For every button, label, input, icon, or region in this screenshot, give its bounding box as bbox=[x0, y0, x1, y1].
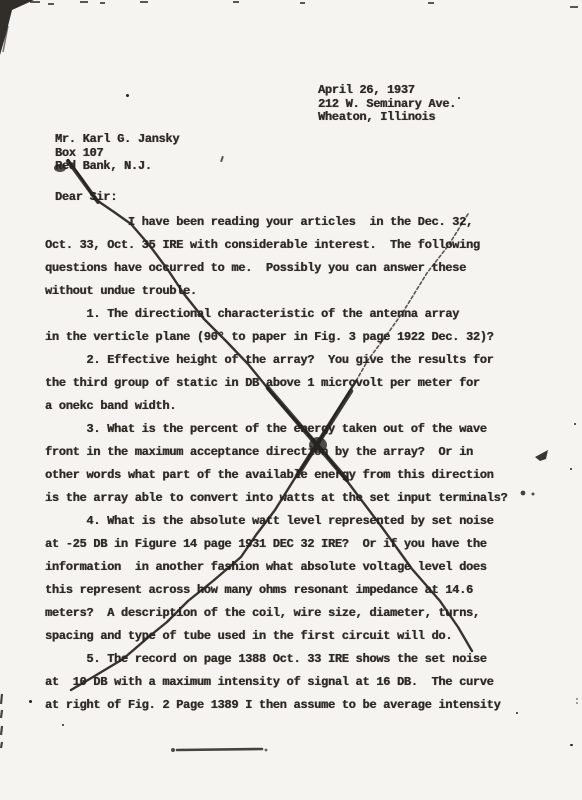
body-line: this represent across how many ohms reso… bbox=[45, 579, 507, 602]
body-line: front in the maximum acceptance directio… bbox=[45, 441, 507, 464]
body-line: at -25 DB in Figure 14 page 1931 DEC 32 … bbox=[45, 533, 507, 556]
scan-speck bbox=[570, 744, 573, 746]
scan-speck bbox=[458, 97, 460, 99]
scan-speck bbox=[574, 423, 576, 425]
body-line: 4. What is the absolute watt level repre… bbox=[45, 510, 507, 533]
scan-speck bbox=[220, 156, 224, 162]
body-line: the third group of static in DB above 1 … bbox=[45, 372, 507, 395]
body-line: a onekc band width. bbox=[45, 395, 507, 418]
salutation: Dear Sir: bbox=[55, 190, 117, 204]
scan-speck bbox=[30, 1, 40, 3]
body-line: information in another fashion what abso… bbox=[45, 556, 507, 579]
scan-speck bbox=[233, 1, 239, 3]
body-line: spacing and type of tube used in the fir… bbox=[45, 625, 507, 648]
date-line: 212 W. Seminary Ave. bbox=[318, 98, 456, 112]
scan-speck bbox=[140, 1, 148, 3]
scan-speck bbox=[48, 3, 54, 5]
pencil-underline-mark bbox=[177, 749, 262, 750]
scan-speck bbox=[516, 712, 518, 714]
scan-corner-artifact bbox=[0, 0, 34, 55]
body-line: is the array able to convert into watts … bbox=[45, 487, 507, 510]
body-line: 2. Effective height of the array? You gi… bbox=[45, 349, 507, 372]
scan-speck bbox=[62, 724, 64, 726]
scan-speck bbox=[428, 2, 434, 4]
pencil-arrow-mark bbox=[535, 450, 548, 461]
scan-speck bbox=[126, 94, 129, 97]
date-line: Wheaton, Illinois bbox=[318, 111, 456, 125]
scan-edge-marks-left bbox=[1, 694, 2, 748]
letter-scan-page: April 26, 1937212 W. Seminary Ave.Wheato… bbox=[0, 0, 582, 800]
body-line: 1. The directional characteristic of the… bbox=[45, 303, 507, 326]
pencil-dot-mark bbox=[265, 749, 268, 752]
letter-body: I have been reading your articles in the… bbox=[45, 211, 507, 717]
scan-speck bbox=[80, 1, 88, 3]
date-address-block: April 26, 1937212 W. Seminary Ave.Wheato… bbox=[318, 84, 456, 125]
body-line: questions have occurred to me. Possibly … bbox=[45, 257, 507, 280]
body-line: meters? A description of the coil, wire … bbox=[45, 602, 507, 625]
recipient-line: Red Bank, N.J. bbox=[55, 160, 179, 174]
scan-speck bbox=[100, 2, 105, 4]
body-line: at right of Fig. 2 Page 1389 I then assu… bbox=[45, 694, 507, 717]
pencil-dot-mark bbox=[532, 493, 535, 496]
date-line: April 26, 1937 bbox=[318, 84, 456, 98]
body-line: at 10 DB with a maximum intensity of sig… bbox=[45, 671, 507, 694]
pencil-dot-mark bbox=[521, 491, 526, 496]
pencil-dot-mark bbox=[171, 748, 175, 752]
recipient-line: Mr. Karl G. Jansky bbox=[55, 133, 179, 147]
body-line: other words what part of the available e… bbox=[45, 464, 507, 487]
scan-speck bbox=[570, 6, 578, 8]
scan-speck bbox=[570, 468, 572, 470]
body-line: Oct. 33, Oct. 35 IRE with considerable i… bbox=[45, 234, 507, 257]
scan-speck bbox=[29, 700, 32, 703]
body-line: in the verticle plane (90° to paper in F… bbox=[45, 326, 507, 349]
body-line: 3. What is the percent of the energy tak… bbox=[45, 418, 507, 441]
body-line: I have been reading your articles in the… bbox=[45, 211, 507, 234]
recipient-block: Mr. Karl G. JanskyBox 107Red Bank, N.J. bbox=[55, 133, 179, 174]
scan-speck bbox=[300, 2, 305, 4]
body-line: without undue trouble. bbox=[45, 280, 507, 303]
body-line: 5. The record on page 1388 Oct. 33 IRE s… bbox=[45, 648, 507, 671]
recipient-line: Box 107 bbox=[55, 147, 179, 161]
scan-corner-streak bbox=[3, 26, 8, 52]
